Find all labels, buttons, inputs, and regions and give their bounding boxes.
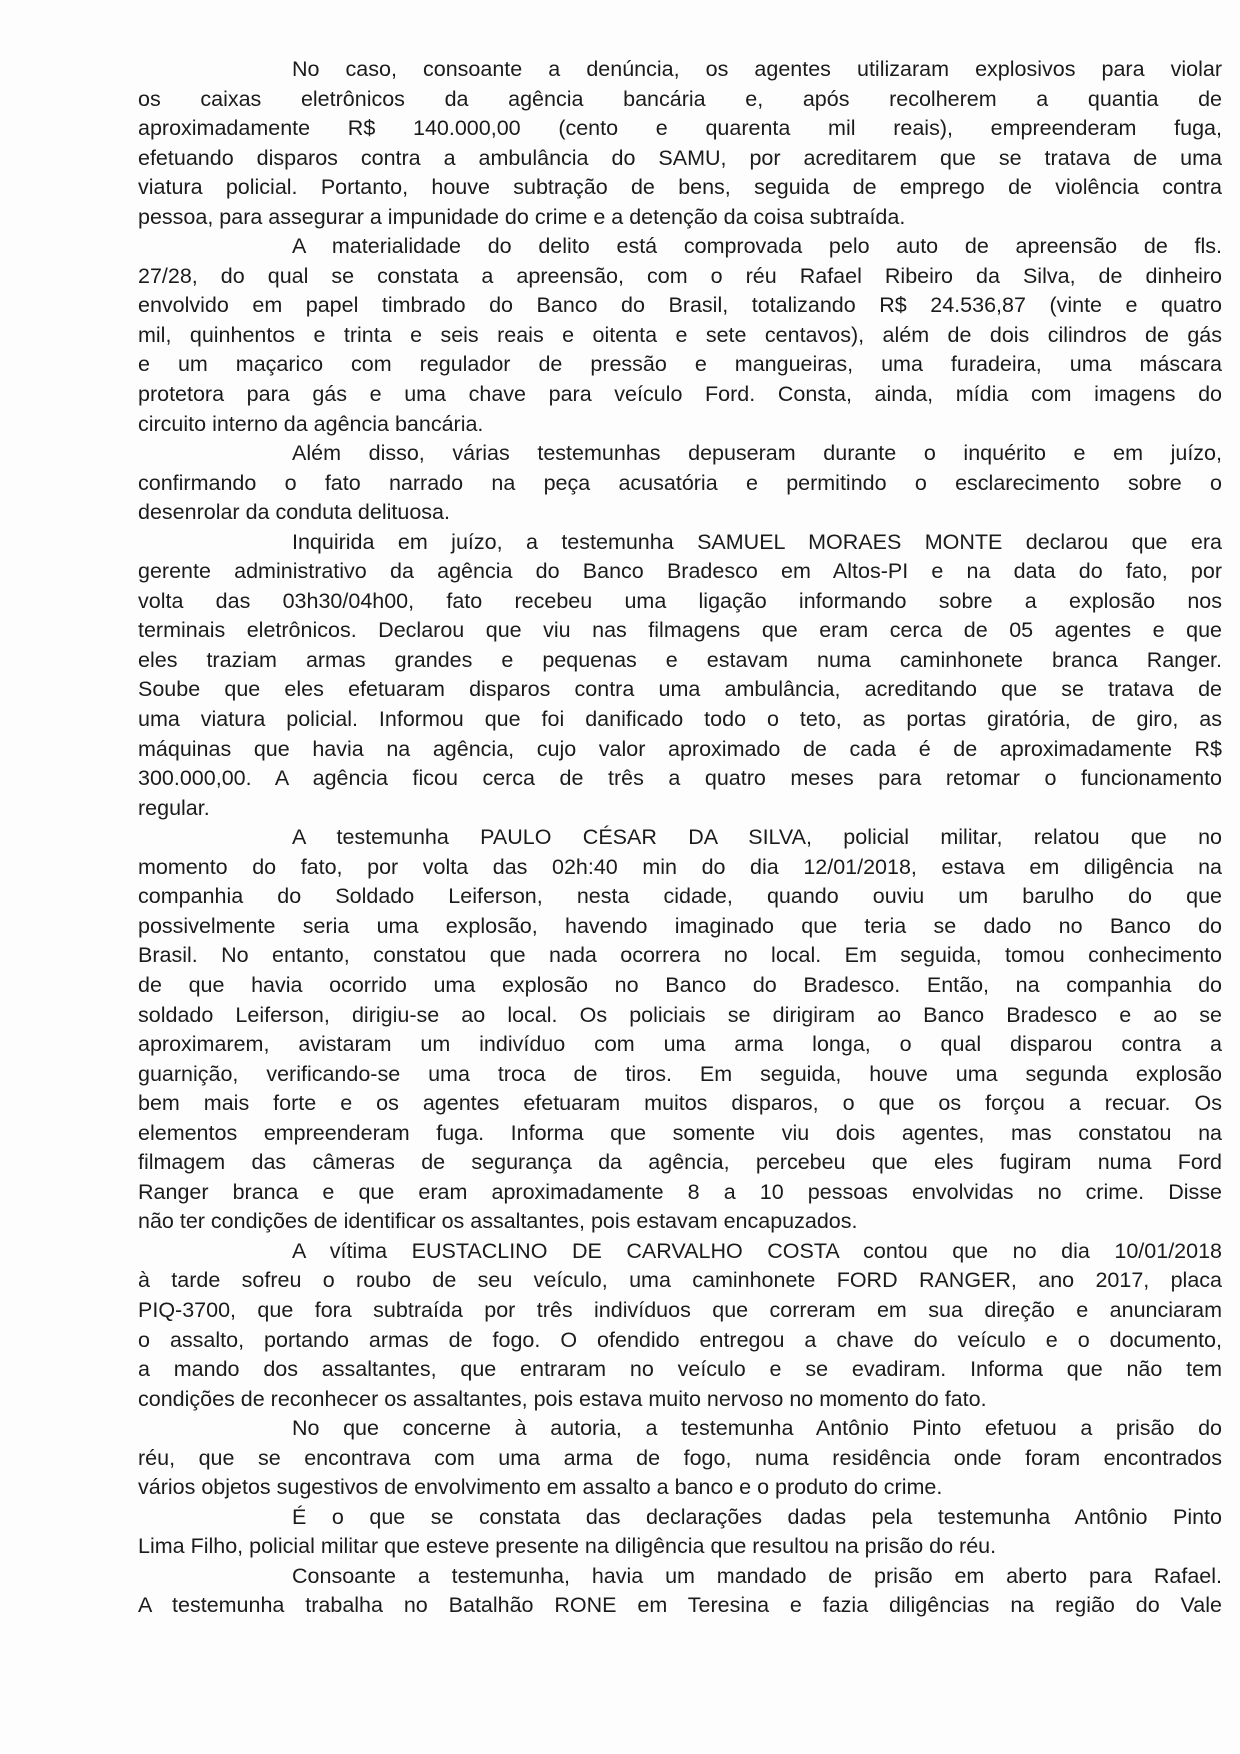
paragraph: Consoante a testemunha, havia um mandado… — [138, 1562, 1222, 1621]
text-line: de que havia ocorrido uma explosão no Ba… — [138, 971, 1222, 1001]
text-line: aproximadamente R$ 140.000,00 (cento e q… — [138, 114, 1222, 144]
text-line: os caixas eletrônicos da agência bancári… — [138, 85, 1222, 115]
text-line: a mando dos assaltantes, que entraram no… — [138, 1355, 1222, 1385]
text-line: terminais eletrônicos. Declarou que viu … — [138, 616, 1222, 646]
text-line: filmagem das câmeras de segurança da agê… — [138, 1148, 1222, 1178]
text-line: PIQ-3700, que fora subtraída por três in… — [138, 1296, 1222, 1326]
document-text: No caso, consoante a denúncia, os agente… — [138, 55, 1222, 1621]
paragraph: A vítima EUSTACLINO DE CARVALHO COSTA co… — [138, 1237, 1222, 1414]
text-line: pessoa, para assegurar a impunidade do c… — [138, 203, 1222, 233]
text-line: uma viatura policial. Informou que foi d… — [138, 705, 1222, 735]
text-line: Brasil. No entanto, constatou que nada o… — [138, 941, 1222, 971]
paragraph: A materialidade do delito está comprovad… — [138, 232, 1222, 439]
paragraph: Além disso, várias testemunhas depuseram… — [138, 439, 1222, 528]
text-line: efetuando disparos contra a ambulância d… — [138, 144, 1222, 174]
text-line: elementos empreenderam fuga. Informa que… — [138, 1119, 1222, 1149]
text-line: não ter condições de identificar os assa… — [138, 1207, 1222, 1237]
text-line: réu, que se encontrava com uma arma de f… — [138, 1444, 1222, 1474]
text-line: Ranger branca e que eram aproximadamente… — [138, 1178, 1222, 1208]
text-line: máquinas que havia na agência, cujo valo… — [138, 735, 1222, 765]
paragraph: A testemunha PAULO CÉSAR DA SILVA, polic… — [138, 823, 1222, 1237]
text-line: A materialidade do delito está comprovad… — [138, 232, 1222, 262]
paragraph: No caso, consoante a denúncia, os agente… — [138, 55, 1222, 232]
text-line: protetora para gás e uma chave para veíc… — [138, 380, 1222, 410]
text-line: A vítima EUSTACLINO DE CARVALHO COSTA co… — [138, 1237, 1222, 1267]
text-line: regular. — [138, 794, 1222, 824]
text-line: condições de reconhecer os assaltantes, … — [138, 1385, 1222, 1415]
text-line: No que concerne à autoria, a testemunha … — [138, 1414, 1222, 1444]
text-line: gerente administrativo da agência do Ban… — [138, 557, 1222, 587]
text-line: aproximarem, avistaram um indivíduo com … — [138, 1030, 1222, 1060]
text-line: viatura policial. Portanto, houve subtra… — [138, 173, 1222, 203]
text-line: bem mais forte e os agentes efetuaram mu… — [138, 1089, 1222, 1119]
text-line: No caso, consoante a denúncia, os agente… — [138, 55, 1222, 85]
text-line: Consoante a testemunha, havia um mandado… — [138, 1562, 1222, 1592]
text-line: soldado Leiferson, dirigiu-se ao local. … — [138, 1001, 1222, 1031]
text-line: Além disso, várias testemunhas depuseram… — [138, 439, 1222, 469]
text-line: mil, quinhentos e trinta e seis reais e … — [138, 321, 1222, 351]
text-line: possivelmente seria uma explosão, havend… — [138, 912, 1222, 942]
text-line: desenrolar da conduta delituosa. — [138, 498, 1222, 528]
text-line: o assalto, portando armas de fogo. O ofe… — [138, 1326, 1222, 1356]
text-line: 27/28, do qual se constata a apreensão, … — [138, 262, 1222, 292]
paragraph: Inquirida em juízo, a testemunha SAMUEL … — [138, 528, 1222, 823]
text-line: envolvido em papel timbrado do Banco do … — [138, 291, 1222, 321]
text-line: A testemunha trabalha no Batalhão RONE e… — [138, 1591, 1222, 1621]
text-line: 300.000,00. A agência ficou cerca de trê… — [138, 764, 1222, 794]
text-line: eles traziam armas grandes e pequenas e … — [138, 646, 1222, 676]
text-line: Lima Filho, policial militar que esteve … — [138, 1532, 1222, 1562]
text-line: Inquirida em juízo, a testemunha SAMUEL … — [138, 528, 1222, 558]
paragraph: É o que se constata das declarações dada… — [138, 1503, 1222, 1562]
text-line: Soube que eles efetuaram disparos contra… — [138, 675, 1222, 705]
text-line: guarnição, verificando-se uma troca de t… — [138, 1060, 1222, 1090]
text-line: É o que se constata das declarações dada… — [138, 1503, 1222, 1533]
text-line: momento do fato, por volta das 02h:40 mi… — [138, 853, 1222, 883]
text-line: A testemunha PAULO CÉSAR DA SILVA, polic… — [138, 823, 1222, 853]
document-page: No caso, consoante a denúncia, os agente… — [0, 0, 1240, 1754]
paragraph: No que concerne à autoria, a testemunha … — [138, 1414, 1222, 1503]
text-line: circuito interno da agência bancária. — [138, 410, 1222, 440]
text-line: vários objetos sugestivos de envolviment… — [138, 1473, 1222, 1503]
text-line: e um maçarico com regulador de pressão e… — [138, 350, 1222, 380]
text-line: volta das 03h30/04h00, fato recebeu uma … — [138, 587, 1222, 617]
text-line: confirmando o fato narrado na peça acusa… — [138, 469, 1222, 499]
text-line: à tarde sofreu o roubo de seu veículo, u… — [138, 1266, 1222, 1296]
text-line: companhia do Soldado Leiferson, nesta ci… — [138, 882, 1222, 912]
